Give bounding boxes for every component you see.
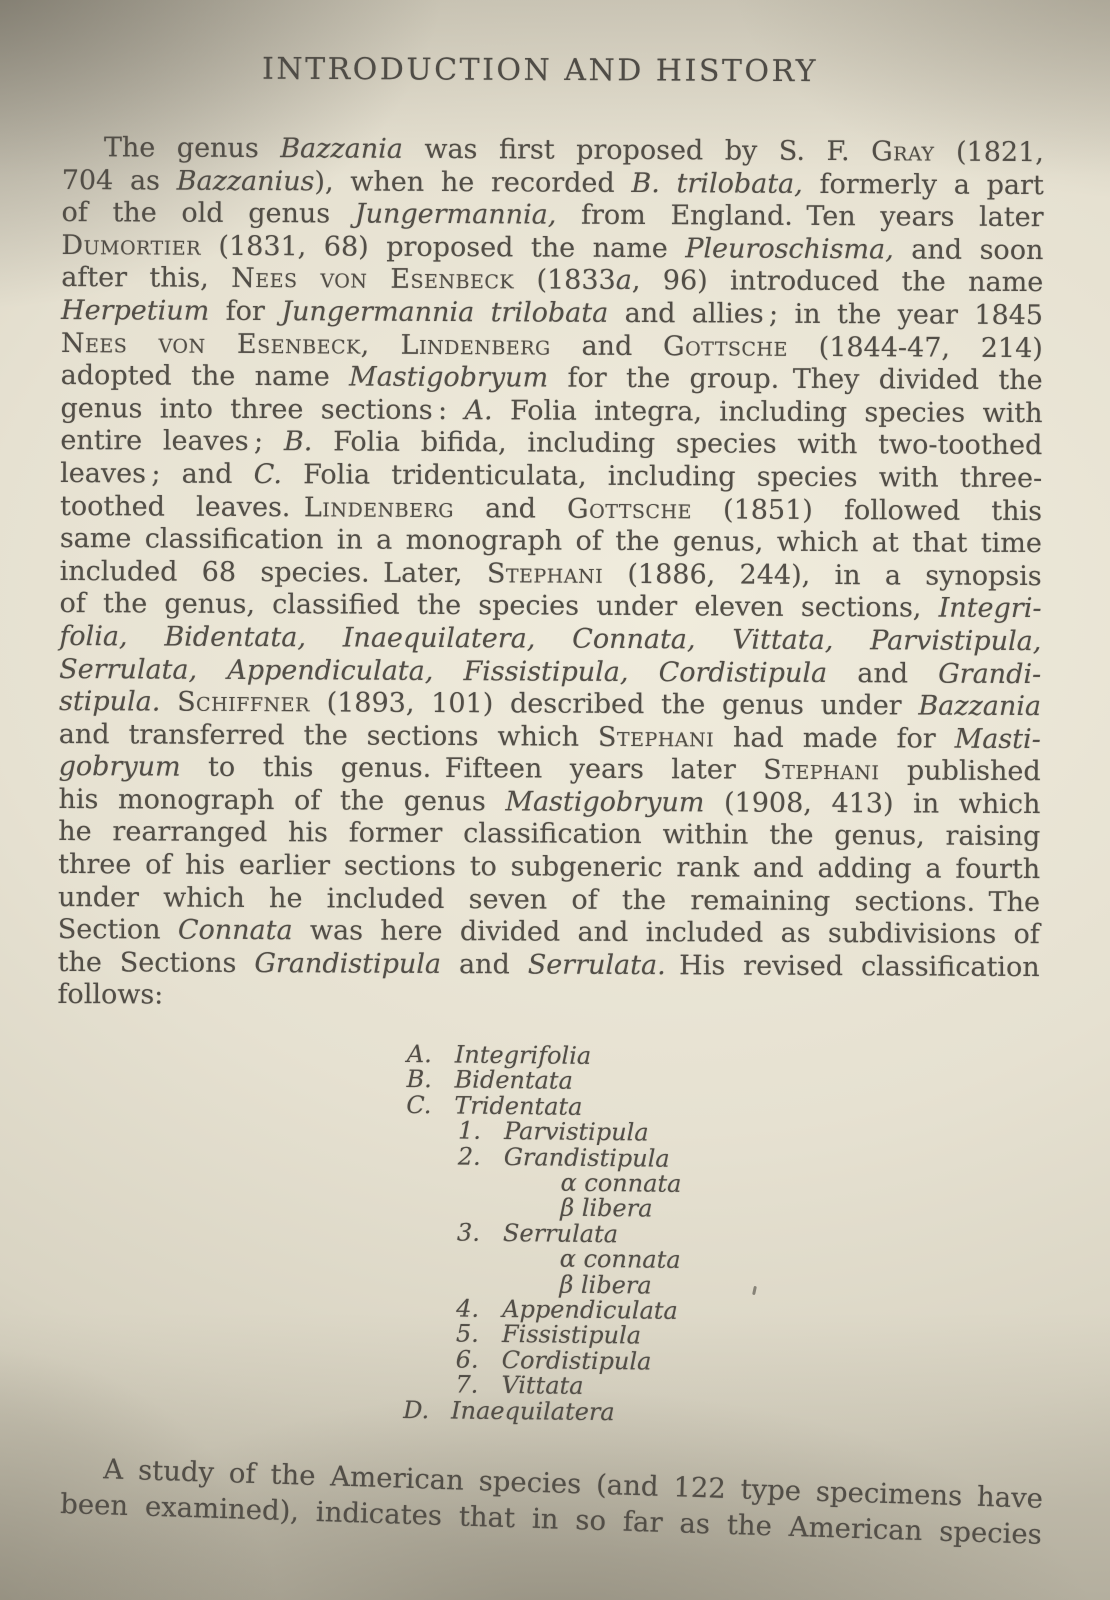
italic-text: Masti- bbox=[955, 723, 1041, 754]
smallcaps-name: Nees von Esenbeck bbox=[231, 263, 514, 295]
text-line: stipula. Schiffner (1893, 101) described… bbox=[59, 686, 1041, 724]
smallcaps-name: Stephani bbox=[763, 755, 879, 787]
body-text: was here divided and included as subdivi… bbox=[293, 915, 1040, 950]
body-text: his monograph of the genus bbox=[58, 784, 505, 817]
text-line: of the genus, classified the species und… bbox=[59, 588, 1041, 626]
body-text: (1831, 68) proposed the name bbox=[201, 231, 686, 265]
text-line: he rearranged his former classification … bbox=[58, 816, 1040, 854]
page-title: INTRODUCTION AND HISTORY bbox=[62, 50, 1044, 92]
body-text: and bbox=[441, 949, 528, 980]
text-line: gobryum to this genus. Fifteen years lat… bbox=[59, 751, 1041, 789]
text-line: of the old genus Jungermannia, from Engl… bbox=[61, 197, 1043, 235]
body-text bbox=[370, 329, 401, 360]
body-text: for bbox=[209, 296, 281, 327]
scanned-book-page: INTRODUCTION AND HISTORY The genus Bazza… bbox=[0, 0, 1110, 1600]
text-line: under which he included seven of the rem… bbox=[58, 882, 1040, 920]
italic-text: folia, Bidentata, Inaequilatera, Connata… bbox=[59, 621, 1041, 657]
body-text: adopted the name bbox=[61, 360, 350, 393]
italic-text: Jungermannia trilobata bbox=[281, 296, 608, 329]
body-text: of the old genus bbox=[61, 197, 354, 230]
text-line: his monograph of the genus Mastigobryum … bbox=[58, 784, 1040, 822]
body-text: formerly a part bbox=[803, 168, 1044, 200]
body-text: (1821, bbox=[934, 137, 1044, 169]
text-line: Dumortier (1831, 68) proposed the name P… bbox=[61, 230, 1043, 268]
classification-item: 3.Serrulata bbox=[457, 1220, 1042, 1252]
body-text: (1844-47, 214) bbox=[788, 331, 1043, 363]
body-text: the Sections bbox=[58, 947, 255, 979]
body-text: Folia bifida, including species with two… bbox=[312, 427, 1042, 462]
italic-text: stipula. bbox=[59, 686, 161, 718]
classification-item-label: 7. bbox=[455, 1373, 501, 1399]
body-text: His revised classification bbox=[666, 950, 1040, 983]
italic-text: A. bbox=[464, 395, 492, 426]
body-text: he rearranged his former classification … bbox=[58, 816, 1040, 852]
italic-text: Grandi- bbox=[938, 658, 1041, 690]
body-text: after this, bbox=[61, 262, 231, 294]
italic-text: Serrulata. bbox=[528, 949, 666, 981]
intro-paragraph: The genus Bazzania was first proposed by… bbox=[57, 132, 1044, 1017]
text-line: genus into three sections : A. Folia int… bbox=[60, 393, 1042, 431]
text-line: after this, Nees von Esenbeck (1833a, 96… bbox=[61, 262, 1043, 300]
italic-text: gobryum bbox=[59, 751, 181, 783]
body-text: under which he included seven of the rem… bbox=[58, 882, 1040, 918]
classification-item-label: 2. bbox=[458, 1144, 504, 1170]
italic-text: a bbox=[616, 265, 632, 296]
body-text: of the genus, classified the species und… bbox=[59, 588, 938, 624]
body-text: (1851) followed this bbox=[692, 494, 1042, 527]
italic-text: Grandistipula bbox=[254, 948, 441, 980]
body-text: to this genus. Fifteen years later bbox=[181, 752, 764, 786]
classification-item-label: 5. bbox=[456, 1322, 502, 1348]
body-text: (1908, 413) in which bbox=[704, 787, 1040, 820]
smallcaps-name: Gray bbox=[871, 136, 935, 167]
text-line: adopted the name Mastigobryum for the gr… bbox=[61, 360, 1043, 398]
body-text: toothed leaves. bbox=[60, 491, 304, 523]
body-text: Section bbox=[58, 914, 178, 946]
smallcaps-name: Stephani bbox=[598, 722, 714, 754]
italic-text: B. trilobata, bbox=[631, 168, 803, 200]
text-line: the Sections Grandistipula and Serrulata… bbox=[58, 947, 1040, 985]
text-line: folia, Bidentata, Inaequilatera, Connata… bbox=[59, 621, 1041, 659]
text-line: Herpetium for Jungermannia trilobata and… bbox=[61, 295, 1043, 333]
text-line: entire leaves ; B. Folia bifida, includi… bbox=[60, 425, 1042, 463]
body-text: three of his earlier sections to subgene… bbox=[58, 849, 1040, 885]
classification-item-label: B. bbox=[406, 1067, 454, 1093]
body-text: (1833 bbox=[514, 265, 616, 297]
closing-paragraph: A study of the American species (and 122… bbox=[60, 1450, 1044, 1553]
classification-item-name: Parvistipula bbox=[504, 1119, 649, 1146]
classification-item-name: β libera bbox=[559, 1272, 651, 1298]
text-line: leaves ; and C. Folia tridenticulata, in… bbox=[60, 458, 1042, 496]
classification-item-name: α connata bbox=[560, 1247, 681, 1274]
classification-item-label: 4. bbox=[456, 1297, 502, 1323]
body-text: published bbox=[879, 756, 1040, 788]
body-text: , 96) introduced the name bbox=[632, 265, 1044, 298]
body-text: entire leaves ; bbox=[60, 425, 284, 457]
smallcaps-name: Lindenberg bbox=[401, 329, 551, 361]
body-text: and transferred the sections which bbox=[59, 719, 598, 753]
text-line: same classification in a monograph of th… bbox=[60, 523, 1042, 561]
classification-item: D.Inaequilatera bbox=[403, 1398, 1040, 1430]
body-text bbox=[160, 687, 177, 718]
body-text: The genus bbox=[104, 132, 281, 164]
body-text: and bbox=[551, 330, 664, 362]
body-text: leaves ; and bbox=[60, 458, 254, 490]
italic-text: Bazzania bbox=[280, 133, 403, 165]
italic-text: C. bbox=[254, 459, 282, 490]
text-line: Section Connata was here divided and inc… bbox=[58, 914, 1040, 952]
text-line: and transferred the sections which Steph… bbox=[59, 719, 1041, 757]
classification-item-name: Inaequilatera bbox=[451, 1398, 615, 1425]
classification-item: β libera bbox=[560, 1196, 1042, 1226]
body-text: included 68 species. Later, bbox=[60, 556, 487, 589]
italic-text: Jungermannia, bbox=[355, 199, 557, 231]
body-text: and bbox=[454, 493, 567, 525]
body-text: Folia tridenticulata, including species … bbox=[282, 459, 1042, 494]
italic-text: Integri- bbox=[939, 593, 1042, 625]
body-text: same classification in a monograph of th… bbox=[60, 523, 1042, 559]
classification-item-name: Vittata bbox=[501, 1373, 583, 1399]
body-text: and bbox=[827, 658, 938, 690]
body-text: had made for bbox=[714, 722, 955, 754]
body-text: (1893, 101) described the genus under bbox=[310, 687, 919, 721]
smallcaps-name: Stephani bbox=[487, 558, 603, 590]
body-text: and soon bbox=[894, 234, 1044, 266]
classification-item-label: 3. bbox=[457, 1220, 503, 1246]
text-line: follows: bbox=[57, 979, 1039, 1017]
text-line: Nees von Esenbeck, Lindenberg and Gottsc… bbox=[61, 328, 1043, 366]
body-text: was first proposed by S. F. bbox=[403, 134, 871, 167]
classification-item-label: D. bbox=[403, 1398, 451, 1424]
smallcaps-name: Gottsche bbox=[663, 331, 788, 363]
body-text: 704 as bbox=[62, 165, 177, 197]
classification-item-name: Bidentata bbox=[454, 1068, 573, 1095]
body-text: genus into three sections : bbox=[60, 393, 464, 426]
italic-text: Herpetium bbox=[61, 295, 209, 327]
classification-list: A.IntegrifoliaB.BidentataC.Tridentata1.P… bbox=[403, 1042, 1044, 1430]
smallcaps-name: Schiffner bbox=[177, 687, 310, 719]
classification-item: 2.Grandistipula bbox=[458, 1144, 1043, 1176]
body-text: follows: bbox=[57, 979, 163, 1011]
classification-item-label: 1. bbox=[458, 1119, 504, 1145]
classification-item-label: 6. bbox=[456, 1347, 502, 1373]
italic-text: Mastigobryum bbox=[505, 786, 704, 818]
text-line: 704 as Bazzanius), when he recorded B. t… bbox=[62, 165, 1044, 203]
page-text-block: INTRODUCTION AND HISTORY The genus Bazza… bbox=[62, 0, 1044, 1522]
italic-text: B. bbox=[284, 427, 313, 458]
body-text: for the group. They divided the bbox=[548, 363, 1043, 397]
italic-text: Bazzanius bbox=[177, 165, 315, 197]
italic-text: Bazzania bbox=[918, 691, 1041, 723]
text-line: three of his earlier sections to subgene… bbox=[58, 849, 1040, 887]
italic-text: Connata bbox=[178, 915, 293, 947]
classification-item-name: Serrulata bbox=[503, 1221, 618, 1248]
smallcaps-name: Dumortier bbox=[61, 230, 201, 262]
classification-item-label: A. bbox=[407, 1042, 455, 1068]
body-text: (1886, 244), in a synopsis bbox=[603, 559, 1042, 592]
classification-item-name: Grandistipula bbox=[504, 1145, 670, 1172]
italic-text: Pleuroschisma, bbox=[685, 233, 894, 265]
smallcaps-name: Lindenberg bbox=[304, 492, 454, 524]
body-text: from England. Ten years later bbox=[556, 200, 1043, 234]
text-line: Serrulata, Appendiculata, Fissistipula, … bbox=[59, 653, 1041, 691]
text-line: included 68 species. Later, Stephani (18… bbox=[60, 556, 1042, 594]
smallcaps-name: Nees von Esenbeck, bbox=[61, 328, 370, 361]
body-text: ), when he recorded bbox=[314, 166, 631, 199]
body-text: Folia integra, including species with bbox=[493, 395, 1043, 429]
italic-text: Serrulata, Appendiculata, Fissistipula, … bbox=[59, 653, 827, 688]
smallcaps-name: Gottsche bbox=[567, 493, 692, 525]
body-text: and allies ; in the year 1845 bbox=[608, 298, 1043, 331]
italic-text: Mastigobryum bbox=[349, 362, 548, 394]
text-line: The genus Bazzania was first proposed by… bbox=[62, 132, 1044, 170]
text-line: toothed leaves. Lindenberg and Gottsche … bbox=[60, 491, 1042, 529]
classification-item-label: C. bbox=[406, 1093, 454, 1119]
classification-item-name: β libera bbox=[560, 1196, 652, 1222]
